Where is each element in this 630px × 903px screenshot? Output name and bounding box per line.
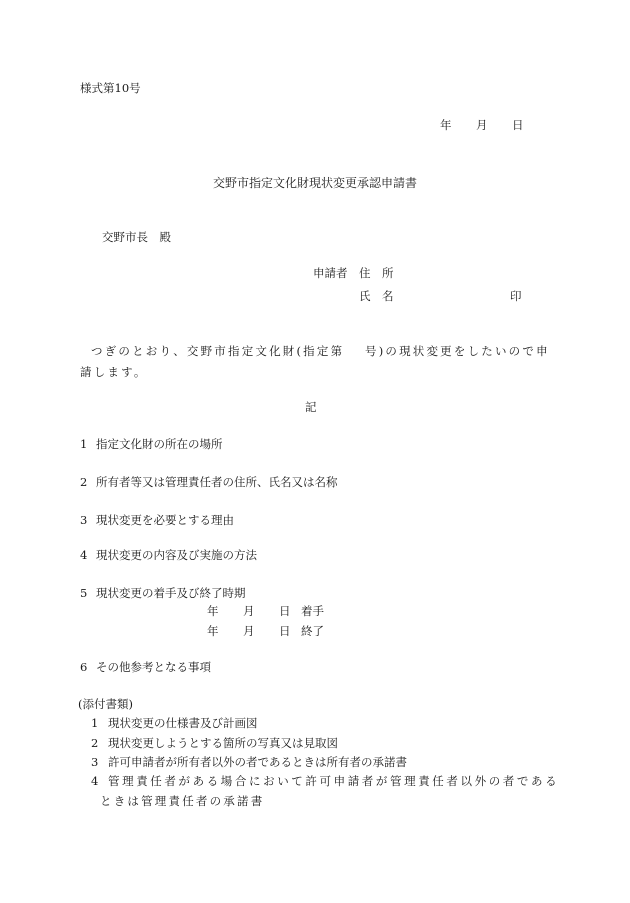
item-6-num: 6 [80,662,87,674]
item-2-num: 2 [80,477,87,489]
start-label: 着手 [301,606,324,618]
form-number: 様式第10号 [80,83,141,95]
attachment-2-num: 2 [91,738,98,750]
ki-marker: 記 [305,402,317,414]
address-label: 住 所 [359,268,394,280]
item-2-text: 所有者等又は管理責任者の住所、氏名又は名称 [96,477,338,489]
date-month: 月 [476,120,488,132]
document-title: 交野市指定文化財現状変更承認申請書 [213,177,417,189]
addressee: 交野市長 殿 [102,232,171,244]
seal-mark: 印 [510,291,522,303]
attachments-heading: (添付書類) [78,699,133,711]
body-line-2: 請します。 [80,367,148,379]
end-day: 日 [279,626,291,638]
item-4-text: 現状変更の内容及び実施の方法 [96,550,257,562]
item-6-text: その他参考となる事項 [96,662,211,674]
start-year: 年 [207,606,219,618]
item-1-text: 指定文化財の所在の場所 [96,439,223,451]
name-label: 氏 名 [359,291,394,303]
end-year: 年 [207,626,219,638]
body-line-1a: つぎのとおり、交野市指定文化財(指定第 [91,346,344,358]
attachment-3-text: 許可申請者が所有者以外の者であるときは所有者の承諾書 [108,757,407,769]
attachment-1-num: 1 [91,718,98,730]
item-4-num: 4 [80,550,87,562]
date-day: 日 [512,120,524,132]
date-year: 年 [440,120,452,132]
attachment-4-continuation: ときは管理責任者の承諾書 [100,796,264,808]
start-month: 月 [243,606,255,618]
attachment-3-num: 3 [91,757,98,769]
end-label: 終了 [301,626,324,638]
start-day: 日 [279,606,291,618]
item-3-num: 3 [80,515,87,527]
item-3-text: 現状変更を必要とする理由 [96,515,234,527]
attachment-2-text: 現状変更しようとする箇所の写真又は見取図 [108,738,338,750]
attachment-4-num: 4 [91,776,98,788]
item-5-num: 5 [80,588,87,600]
attachment-1-text: 現状変更の仕様書及び計画図 [108,718,258,730]
attachment-4-text: 管理責任者がある場合において許可申請者が管理責任者以外の者である [108,776,559,788]
item-1-num: 1 [80,439,87,451]
item-5-text: 現状変更の着手及び終了時期 [96,588,246,600]
body-line-1b: 号)の現状変更をしたいので申 [365,346,550,358]
end-month: 月 [243,626,255,638]
applicant-label: 申請者 [313,268,348,280]
